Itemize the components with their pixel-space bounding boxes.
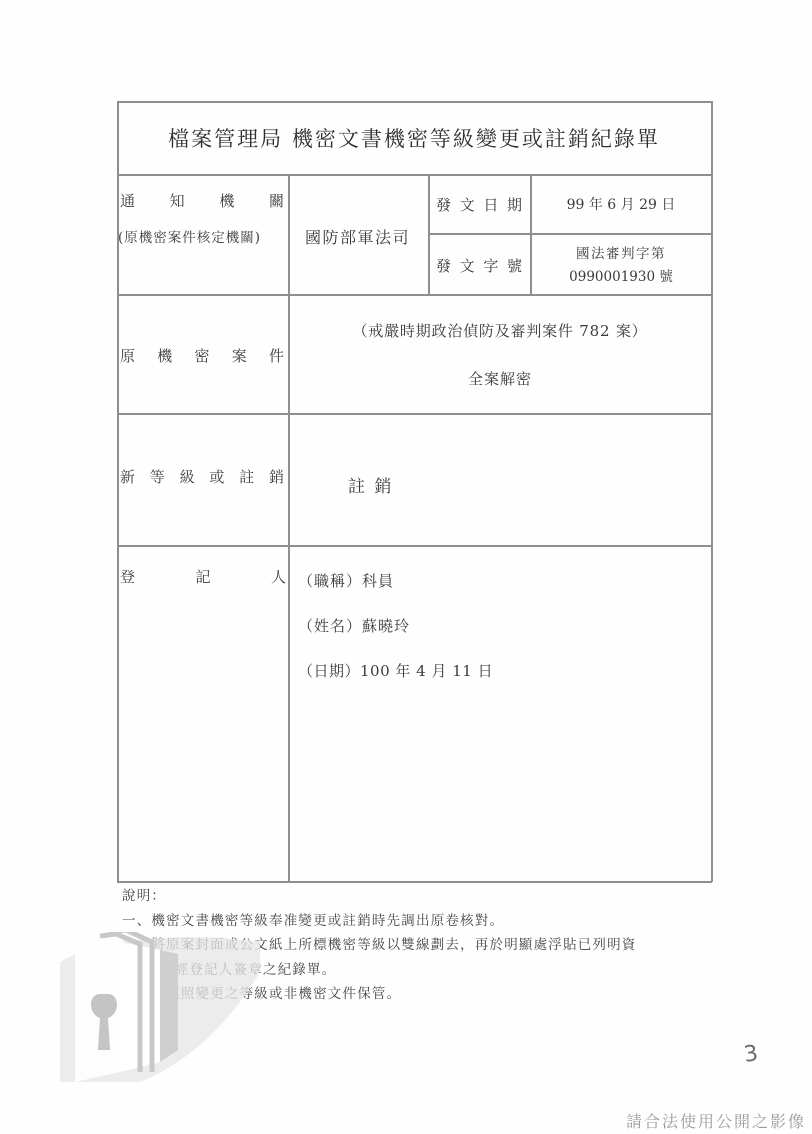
label-char: 期	[507, 194, 522, 215]
label-char: 件	[269, 345, 284, 366]
label-char: 等	[150, 466, 165, 487]
label-char: 或	[209, 466, 224, 487]
label-char: 機	[219, 190, 234, 211]
table-line-newlevel-bottom	[117, 545, 712, 547]
table-border-bottom	[117, 881, 712, 883]
table-border-left	[117, 101, 119, 882]
label-char: 文	[460, 194, 475, 215]
notifying-agency-value: 國防部軍法司	[305, 225, 410, 248]
label-char: 登	[120, 566, 135, 587]
document-number-label: 發 文 字 號	[436, 255, 522, 276]
registrar-name: （姓名）蘇曉玲	[298, 615, 410, 636]
notifying-agency-sublabel: (原機密案件核定機關)	[118, 226, 261, 246]
new-level-value: 註 銷	[348, 472, 393, 497]
table-line-case-bottom	[117, 413, 712, 415]
label-char: 人	[271, 566, 286, 587]
original-case-status: 全案解密	[289, 368, 711, 389]
registrar-date: （日期）100 年 4 月 11 日	[298, 660, 493, 681]
notes-heading: 說明：	[122, 884, 637, 909]
label-char: 記	[195, 566, 210, 587]
document-page: 檔案管理局 機密文書機密等級變更或註銷紀錄單 通 知 機 關 (原機密案件核定機…	[0, 0, 812, 1134]
issue-date-value: 99 年 6 月 29 日	[530, 194, 712, 214]
original-case-label: 原 機 密 案 件	[120, 345, 284, 366]
label-char: 關	[269, 190, 284, 211]
document-number-line1: 國法審判字第	[530, 242, 712, 262]
watermark-text: 請合法使用公開之影像	[626, 1109, 806, 1132]
label-char: 機	[157, 345, 172, 366]
document-number-line2: 0990001930 號	[530, 265, 712, 285]
label-char: 號	[507, 255, 522, 276]
label-char: 新	[120, 466, 135, 487]
label-char: 知	[170, 190, 185, 211]
label-char: 日	[483, 194, 498, 215]
label-char: 銷	[269, 466, 284, 487]
label-char: 原	[120, 345, 135, 366]
label-char: 密	[194, 345, 209, 366]
table-line-issue-label-left	[428, 174, 430, 294]
label-char: 級	[180, 466, 195, 487]
table-border-right	[711, 101, 713, 882]
page-number: 3	[742, 1041, 759, 1068]
table-line-title-bottom	[117, 174, 712, 176]
label-char: 案	[232, 345, 247, 366]
table-line-date-bottom	[428, 233, 712, 235]
table-line-label-col	[288, 174, 290, 882]
label-char: 發	[436, 194, 451, 215]
label-char: 發	[436, 255, 451, 276]
label-char: 字	[483, 255, 498, 276]
notifying-agency-label: 通 知 機 關	[120, 190, 284, 211]
label-char: 註	[239, 466, 254, 487]
registrar-title: （職稱）科員	[298, 570, 394, 591]
label-char: 文	[460, 255, 475, 276]
label-char: 通	[120, 190, 135, 211]
new-level-label: 新 等 級 或 註 銷	[120, 466, 284, 487]
note-item: 一、機密文書機密等級奉准變更或註銷時先調出原卷核對。	[122, 909, 637, 934]
table-line-agency-bottom	[117, 294, 712, 296]
registrar-label: 登 記 人	[120, 566, 286, 587]
archives-book-keyhole-logo-icon	[60, 932, 260, 1082]
form-title: 檔案管理局 機密文書機密等級變更或註銷紀錄單	[117, 101, 711, 174]
original-case-description: （戒嚴時期政治偵防及審判案件 782 案）	[289, 320, 711, 341]
issue-date-label: 發 文 日 期	[436, 194, 522, 215]
